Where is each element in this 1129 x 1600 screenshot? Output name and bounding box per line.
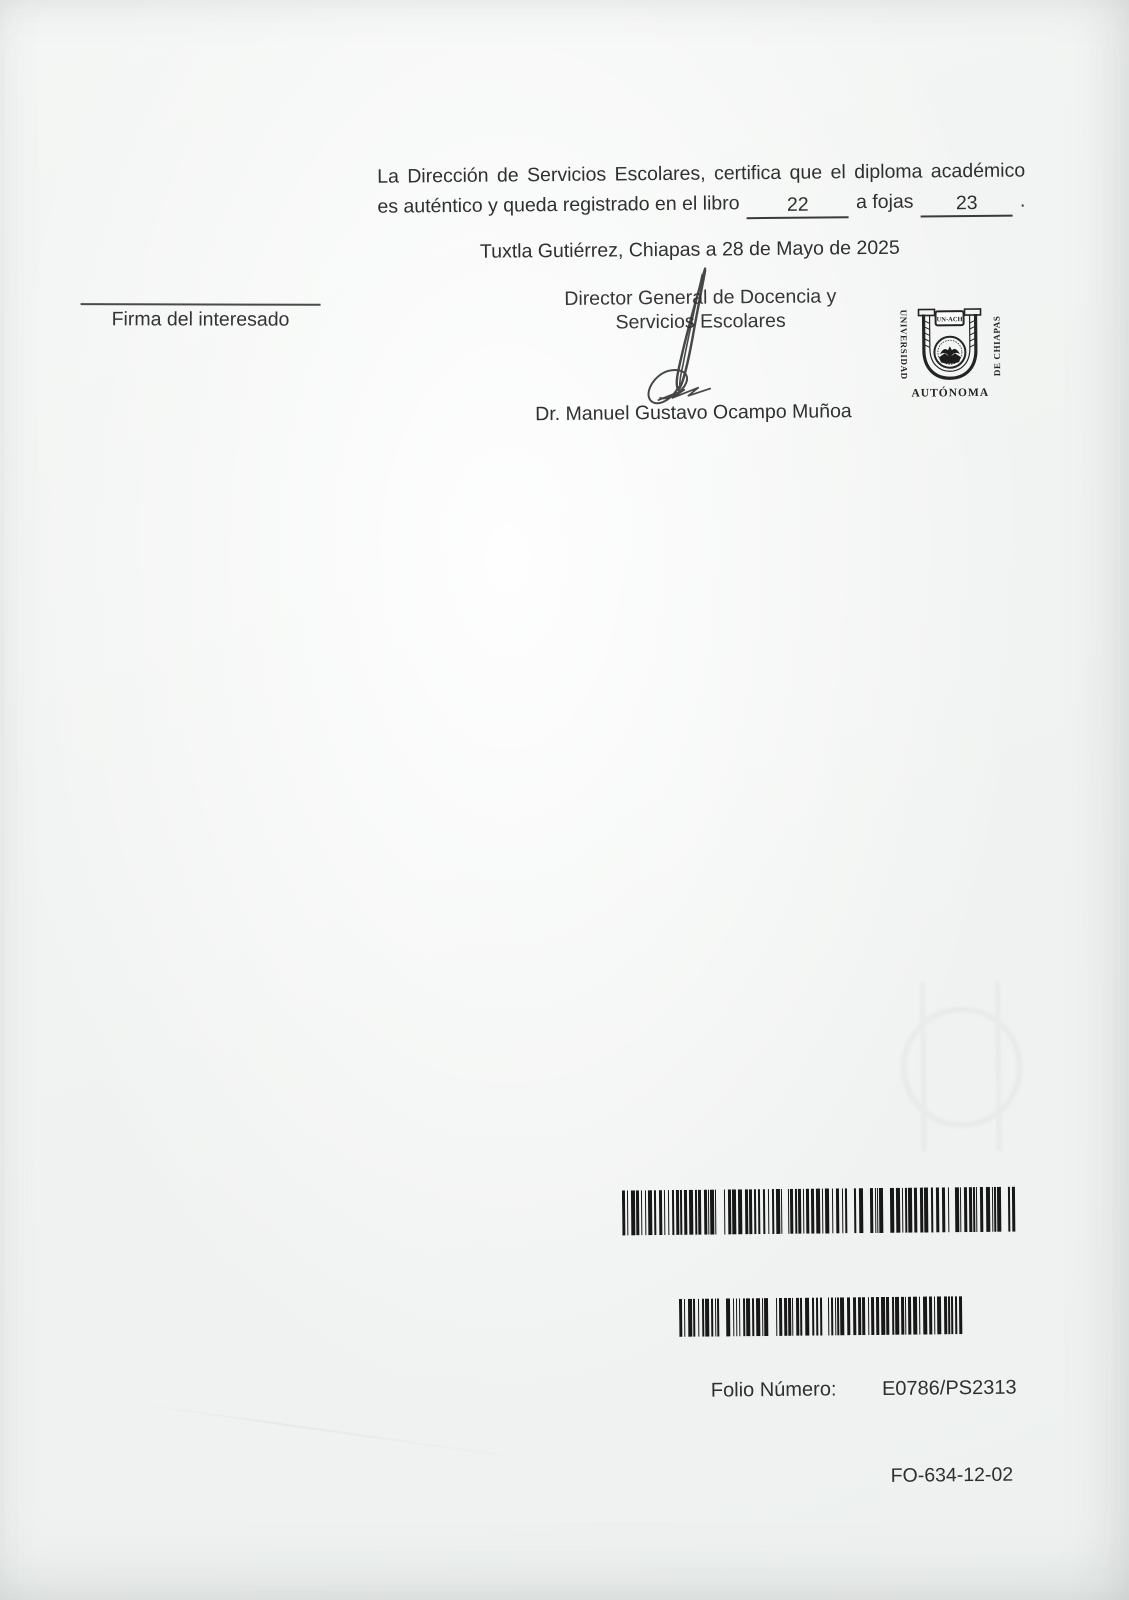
unach-emblem-icon: UN-ACH: [915, 303, 984, 388]
signature-ink: [635, 258, 747, 421]
seal-emblem-label: UN-ACH: [937, 316, 963, 323]
seal-text-universidad: UNIVERSIDAD: [898, 306, 909, 384]
certification-text-line2: es auténtico y queda registrado en el li…: [377, 186, 1025, 222]
folio-row: Folio Número: E0786/PS2313: [711, 1377, 1017, 1403]
seal-text-autonoma: AUTÓNOMA: [892, 387, 1008, 400]
university-seal-stamp: UNIVERSIDAD DE CHIAPAS: [891, 301, 1008, 404]
folio-label: Folio Número:: [711, 1378, 837, 1401]
scanned-document-page: La Dirección de Servicios Escolares, cer…: [0, 0, 1129, 1600]
certification-text-line2-between: a fojas: [856, 187, 914, 218]
barcode-primary: [622, 1187, 1019, 1236]
certification-text-line1: La Dirección de Servicios Escolares, cer…: [377, 156, 1025, 192]
signature-line: [81, 303, 321, 306]
barcode-secondary: [679, 1296, 967, 1337]
folio-value: E0786/PS2313: [882, 1377, 1017, 1400]
certification-text-line2-before: es auténtico y queda registrado en el li…: [377, 188, 739, 221]
page-content: La Dirección de Servicios Escolares, cer…: [0, 0, 1129, 1600]
interested-signature-block: Firma del interesado: [80, 303, 320, 332]
fojas-value: 23: [956, 192, 978, 214]
interested-label: Firma del interesado: [80, 308, 320, 332]
certification-text-line2-period: .: [1020, 186, 1026, 216]
form-code: FO-634-12-02: [891, 1464, 1014, 1488]
embossed-seal-ghost: [865, 980, 1057, 1152]
seal-text-de-chiapas: DE CHIAPAS: [991, 307, 1002, 385]
fojas-blank-field: 23: [921, 191, 1013, 218]
libro-blank-field: 22: [747, 192, 849, 219]
libro-value: 22: [787, 194, 809, 216]
certification-paragraph: La Dirección de Servicios Escolares, cer…: [377, 156, 1026, 222]
